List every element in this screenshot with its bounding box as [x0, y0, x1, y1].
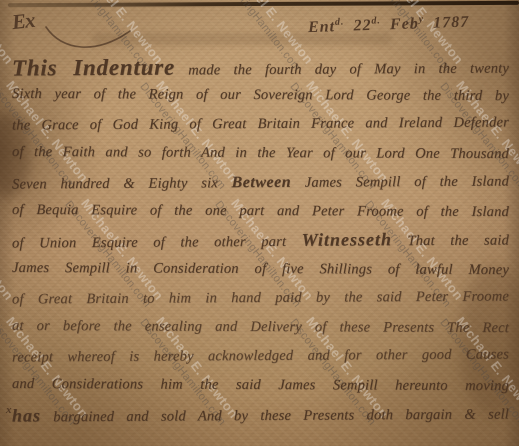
manuscript-line: of Great Britain to him in hand paid by …	[12, 282, 509, 314]
manuscript-line: of Union Esquire of the other part Witne…	[12, 224, 509, 256]
text-segment: and Considerations him the said James Se…	[12, 376, 509, 394]
text-segment: Seven hundred & Eighty six	[12, 175, 218, 192]
manuscript-line: receipt whereof is hereby acknowledged a…	[12, 340, 509, 372]
watermark-site-text: DiscoveringHamilton.com	[0, 0, 4, 75]
text-segment: 22	[353, 17, 372, 35]
manuscript-line: at or before the ensealing and Delivery …	[12, 312, 509, 343]
text-segment: Witnesseth	[302, 229, 392, 250]
manuscript-line: This Indenture made the fourth day of Ma…	[12, 50, 509, 82]
text-segment: has	[12, 405, 41, 425]
text-segment: Between	[232, 174, 292, 191]
manuscript-line: Sixth year of the Reign of our Sovereign…	[12, 80, 509, 111]
manuscript-line: and Considerations him the said James Se…	[12, 370, 509, 401]
text-segment: receipt whereof is hereby acknowledged a…	[12, 346, 509, 365]
manuscript-line: Seven hundred & Eighty six Between James…	[12, 166, 509, 198]
text-segment: of Bequia Esquire of the one part and Pe…	[12, 202, 509, 220]
text-segment: of the Faith and so forth And in the Yea…	[12, 144, 509, 162]
manuscript-line: James Sempill in Consideration of five S…	[12, 254, 509, 285]
text-segment: d.	[334, 17, 344, 28]
text-segment: bargained and sold And by these Presents…	[53, 406, 509, 425]
text-segment: of Union Esquire of the other part	[12, 234, 286, 252]
text-segment: That the said	[407, 232, 509, 249]
corner-mark: Ex	[11, 8, 36, 35]
text-segment: y	[418, 14, 424, 25]
text-segment: at or before the ensealing and Delivery …	[12, 318, 509, 336]
text-segment: Sixth year of the Reign of our Sovereign…	[12, 86, 509, 104]
margin-mark: x	[6, 404, 12, 416]
text-segment: made the fourth day of May in the twenty	[188, 60, 509, 78]
text-segment: the Grace of God King of Great Britain F…	[12, 114, 509, 133]
manuscript-line: of Bequia Esquire of the one part and Pe…	[12, 196, 509, 227]
text-segment: d.	[371, 15, 381, 26]
ink-flourish-icon	[44, 21, 134, 55]
text-segment: James Sempill in Consideration of five S…	[12, 260, 509, 278]
text-segment: This Indenture	[12, 55, 175, 81]
manuscript-line: of the Faith and so forth And in the Yea…	[12, 138, 509, 169]
manuscript-page: Michael E. NewtonDiscoveringHamilton.com…	[0, 0, 519, 446]
manuscript-line: the Grace of God King of Great Britain F…	[12, 108, 509, 140]
page-top-edge-line	[8, 1, 519, 7]
text-segment: of Great Britain to him in hand paid by …	[12, 288, 509, 307]
text-segment: Feb	[389, 15, 418, 33]
manuscript-line: has bargained and sold And by these Pres…	[12, 398, 509, 430]
manuscript-body: This Indenture made the fourth day of Ma…	[12, 52, 509, 429]
date-annotation: Entd. 22d. Feby 1787	[307, 12, 469, 37]
text-segment: James Sempill of the Island	[305, 173, 509, 190]
text-segment: Ent	[308, 18, 336, 36]
text-segment: 1787	[433, 14, 470, 32]
watermark-site-text: DiscoveringHamilton.com	[0, 199, 4, 311]
